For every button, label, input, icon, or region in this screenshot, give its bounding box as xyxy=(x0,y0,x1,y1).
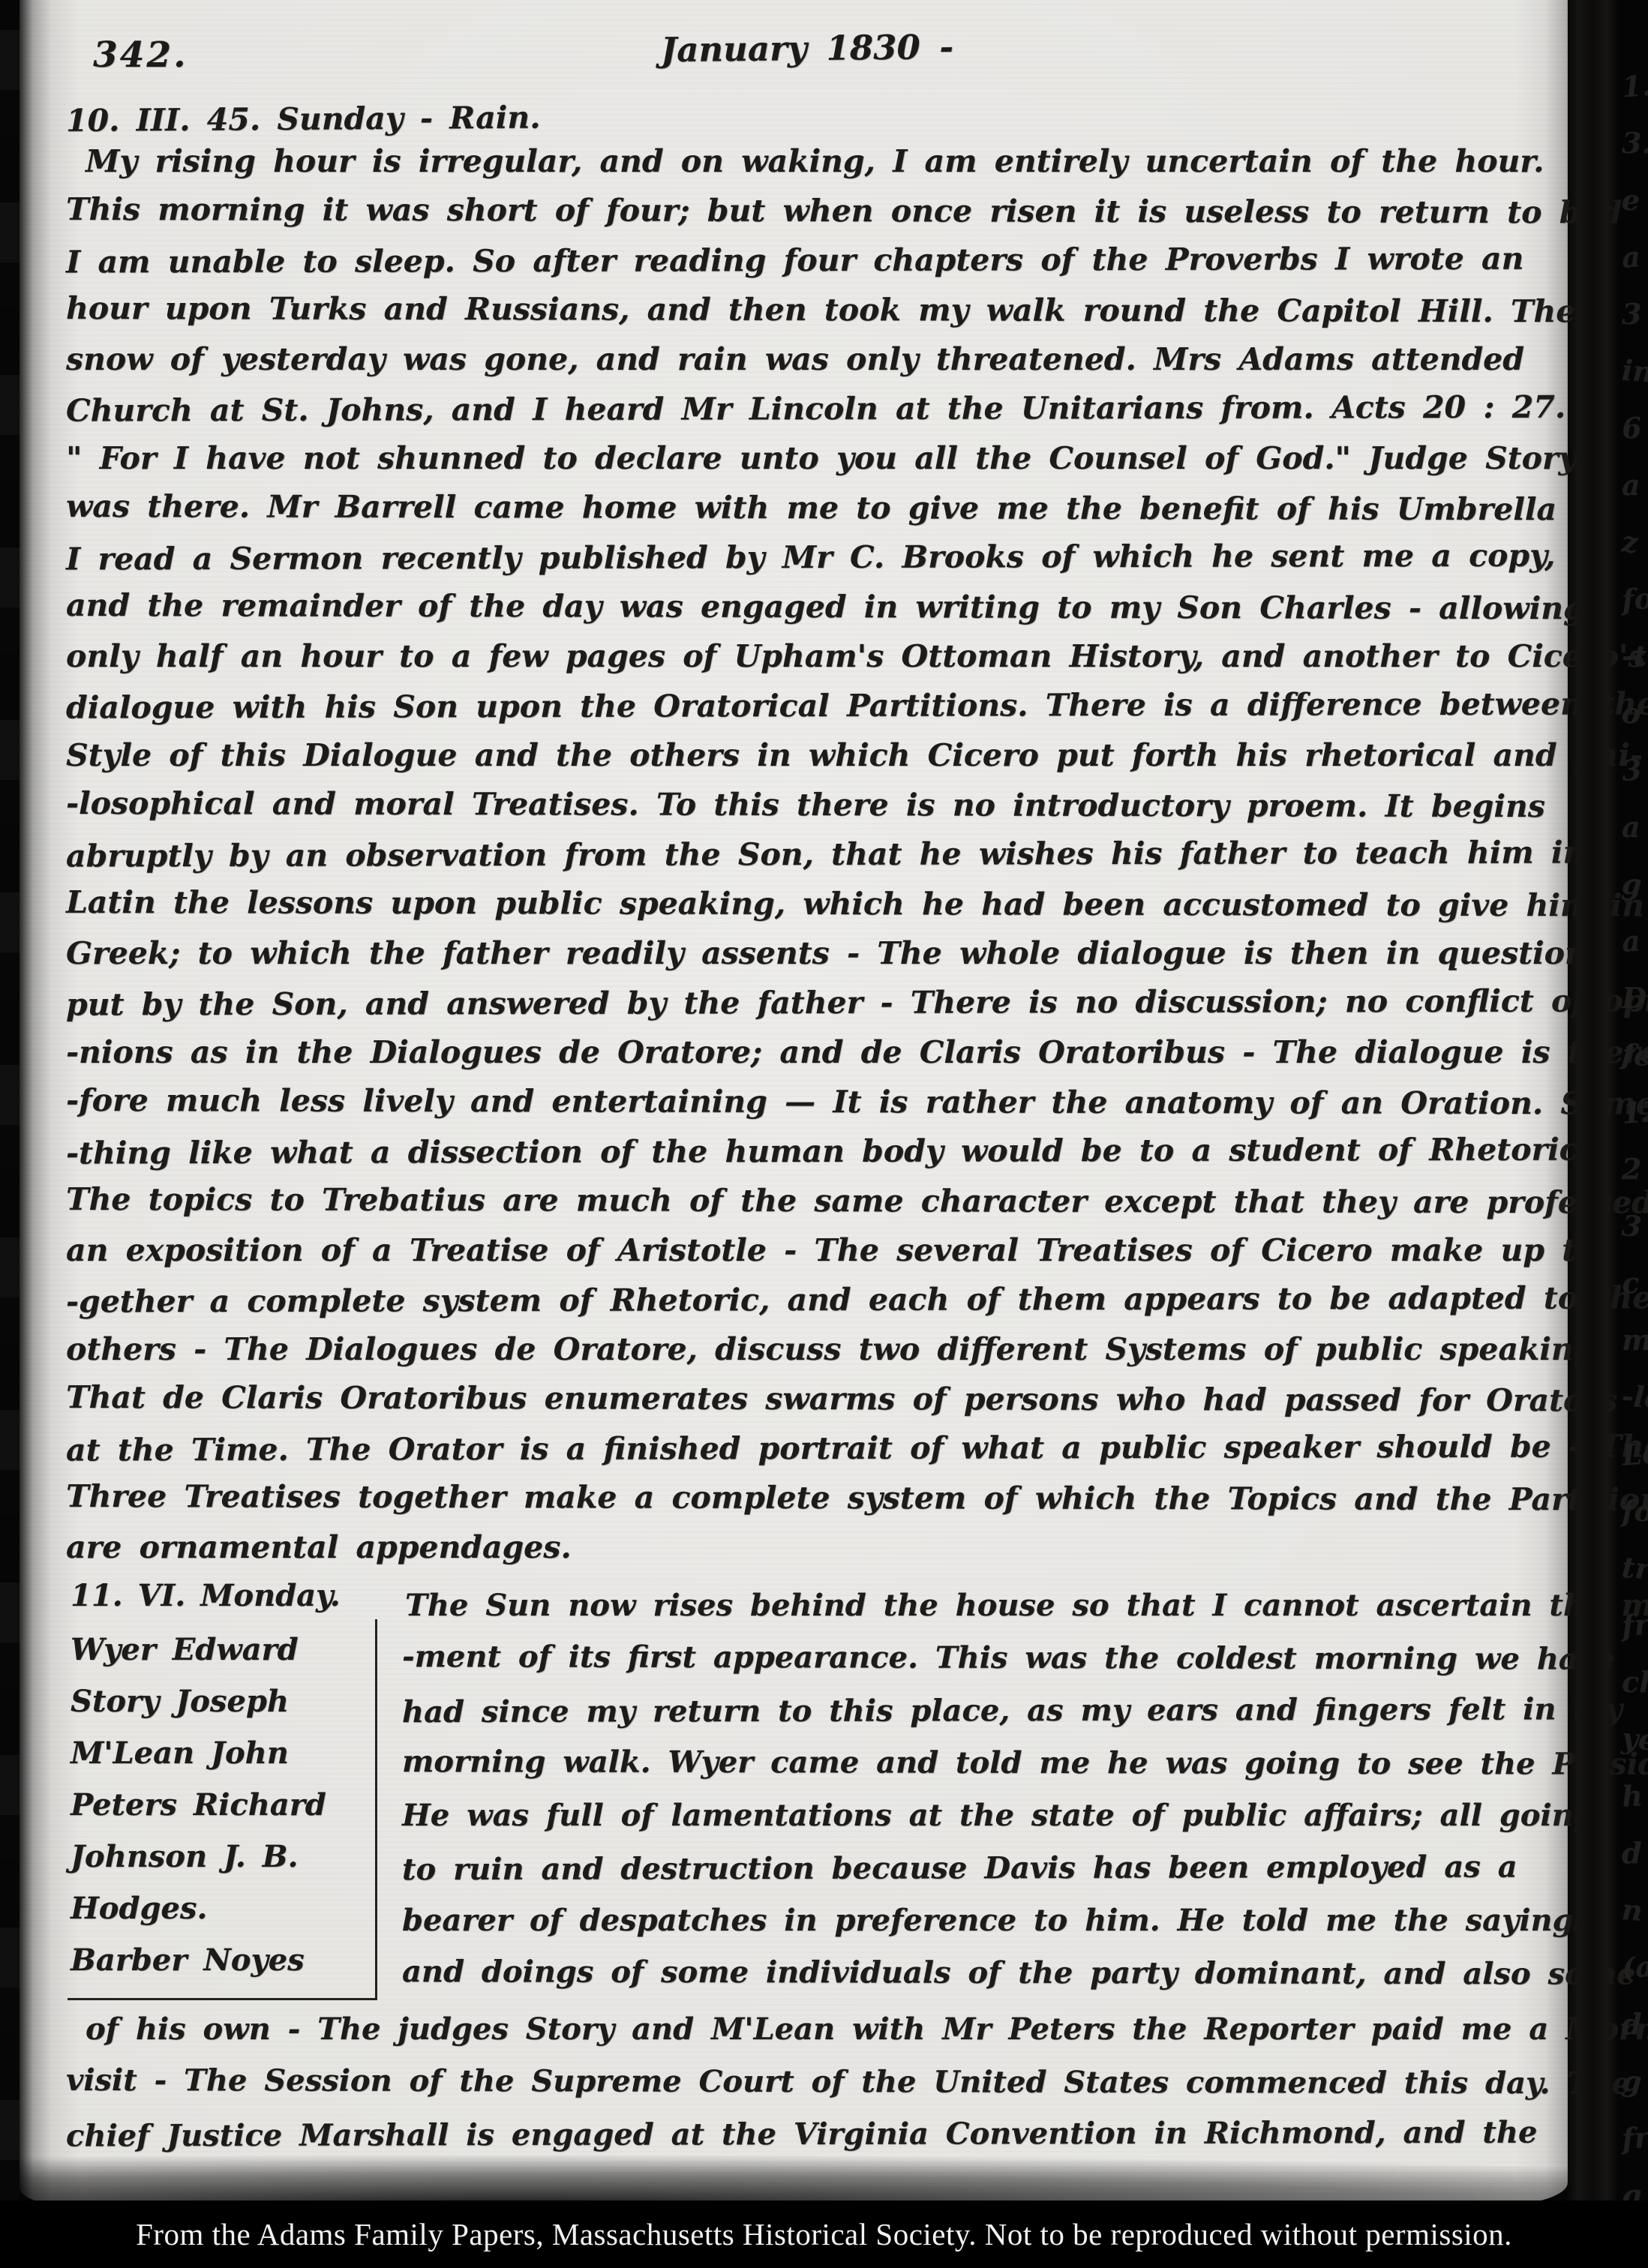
next-page-fragment: in xyxy=(1620,353,1648,389)
entry-date-heading-monday: 11. VI. Monday. xyxy=(71,1578,402,1613)
next-page-fragment: 3 xyxy=(1620,1208,1643,1243)
next-page-fragment: c xyxy=(1620,1265,1640,1300)
next-page-fragment: ye xyxy=(1620,1720,1648,1756)
next-page-fragment: z xyxy=(1620,524,1639,559)
page-number: 342. xyxy=(93,34,188,76)
manuscript-line: I am unable to sleep. So after reading f… xyxy=(66,234,1548,287)
next-page-fragment: fr xyxy=(1620,1607,1648,1642)
next-page-fragment: D xyxy=(1622,981,1646,1015)
next-page-fragment: 6 xyxy=(1620,410,1643,445)
visitor-name: Story Joseph xyxy=(71,1675,356,1727)
manuscript-line: Style of this Dialogue and the others in… xyxy=(66,730,1548,780)
next-page-fragment: 2 xyxy=(1622,1152,1641,1186)
visitor-name: Wyer Edward xyxy=(71,1624,356,1675)
next-page-edge: 1.3.ea3in6azfo-tio3agaDfe1223cm-leLofotr… xyxy=(1617,0,1648,2202)
next-page-fragment: 3. xyxy=(1622,126,1648,160)
manuscript-line: abruptly by an observation from the Son,… xyxy=(66,828,1548,881)
visitor-name: Johnson J. B. xyxy=(71,1831,356,1882)
manuscript-line: I read a Sermon recently published by Mr… xyxy=(66,531,1548,584)
manuscript-line: My rising hour is irregular, and on waki… xyxy=(66,136,1548,186)
manuscript-line: snow of yesterday was gone, and rain was… xyxy=(66,334,1548,384)
manuscript-line: are ornamental appendages. xyxy=(66,1522,1548,1572)
month-year-title: January 1830 - xyxy=(661,27,954,70)
manuscript-line: Three Treatises together make a complete… xyxy=(66,1471,1548,1524)
manuscript-line: The topics to Trebatius are much of the … xyxy=(66,1174,1548,1227)
scanned-diary-page: { "header": { "page_number": "342.", "ti… xyxy=(0,0,1648,2268)
visitor-names-box: Wyer EdwardStory JosephM'Lean JohnPeters… xyxy=(68,1619,377,2000)
manuscript-line: bearer of despatches in preference to hi… xyxy=(402,1894,1648,1947)
book-binding-edge xyxy=(0,0,20,2205)
manuscript-line: visit - The Session of the Supreme Court… xyxy=(66,2054,1548,2110)
manuscript-line: This morning it was short of four; but w… xyxy=(66,184,1548,237)
page-header: 342. January 1830 - xyxy=(66,21,1548,93)
next-page-fragment: -ti xyxy=(1622,639,1648,673)
book-gutter-shadow xyxy=(1566,0,1619,2205)
manuscript-line: hour upon Turks and Russians, and then t… xyxy=(66,283,1548,336)
next-page-fragment: (a xyxy=(1620,1949,1648,1985)
next-page-fragment: tr xyxy=(1620,1550,1648,1586)
manuscript-line: was there. Mr Barrell came home with me … xyxy=(66,481,1548,534)
manuscript-line: The Sun now rises behind the house so th… xyxy=(402,1579,1648,1632)
manuscript-line: and doings of some individuals of the pa… xyxy=(402,1945,1648,2001)
next-page-fragment: o xyxy=(1620,695,1641,730)
manuscript-line: -thing like what a dissection of the hum… xyxy=(66,1125,1548,1178)
next-page-fragment: g xyxy=(1620,2063,1643,2098)
next-page-fragment: 1. xyxy=(1620,68,1648,104)
next-page-fragment: fr xyxy=(1620,2120,1648,2155)
manuscript-line: " For I have not shunned to declare unto… xyxy=(66,433,1548,483)
entry-monday-margin: 11. VI. Monday. Wyer EdwardStory JosephM… xyxy=(66,1578,402,2000)
visitor-name: Peters Richard xyxy=(71,1779,356,1831)
manuscript-line: others - The Dialogues de Oratore, discu… xyxy=(66,1324,1548,1374)
manuscript-line: Church at St. Johns, and I heard Mr Linc… xyxy=(66,382,1548,436)
next-page-fragment: a xyxy=(1622,810,1640,844)
manuscript-line: only half an hour to a few pages of Upha… xyxy=(66,631,1548,681)
manuscript-line: -gether a complete system of Rhetoric, a… xyxy=(66,1273,1548,1327)
next-page-fragment: n xyxy=(1620,1892,1643,1927)
manuscript-line: -losophical and moral Treatises. To this… xyxy=(66,778,1548,831)
archive-caption-band: From the Adams Family Papers, Massachuse… xyxy=(0,2200,1648,2268)
next-page-fragment: a xyxy=(1620,923,1641,958)
next-page-fragment: d xyxy=(1622,1836,1642,1870)
next-page-fragment: -le xyxy=(1620,1378,1648,1415)
manuscript-page: 342. January 1830 - 10. III. 45. Sunday … xyxy=(20,0,1568,2205)
next-page-fragment: fo xyxy=(1622,1494,1648,1528)
manuscript-line: He was full of lamentations at the state… xyxy=(402,1789,1648,1842)
manuscript-line: morning walk. Wyer came and told me he w… xyxy=(402,1735,1648,1791)
visitor-name: M'Lean John xyxy=(71,1727,356,1779)
archive-caption: From the Adams Family Papers, Massachuse… xyxy=(136,2216,1512,2252)
entry-date-heading-sunday: 10. III. 45. Sunday - Rain. xyxy=(66,92,1548,139)
entry-monday: 11. VI. Monday. Wyer EdwardStory JosephM… xyxy=(66,1578,1548,2000)
next-page-fragment: e xyxy=(1620,182,1640,217)
manuscript-line: put by the Son, and answered by the fath… xyxy=(66,976,1548,1030)
next-page-fragment: fe xyxy=(1620,1037,1648,1073)
visitor-name: Hodges. xyxy=(71,1882,356,1934)
next-page-fragment: 3 xyxy=(1622,297,1641,331)
next-page-fragment: d xyxy=(1622,2007,1642,2041)
manuscript-line: an exposition of a Treatise of Aristotle… xyxy=(66,1225,1548,1275)
next-page-fragment: fo xyxy=(1620,581,1648,617)
manuscript-line: and the remainder of the day was engaged… xyxy=(66,580,1548,633)
manuscript-line: at the Time. The Orator is a finished po… xyxy=(66,1422,1548,1475)
manuscript-line: Greek; to which the father readily assen… xyxy=(66,928,1548,978)
entry-sunday-text: My rising hour is irregular, and on waki… xyxy=(66,136,1548,1572)
next-page-fragment: h xyxy=(1620,1778,1643,1813)
manuscript-line: dialogue with his Son upon the Oratorica… xyxy=(66,679,1548,733)
manuscript-line: That de Claris Oratoribus enumerates swa… xyxy=(66,1372,1548,1425)
manuscript-line: of his own - The judges Story and M'Lean… xyxy=(66,2003,1548,2056)
manuscript-line: -ment of its first appearance. This was … xyxy=(402,1630,1648,1686)
next-page-fragment: m xyxy=(1622,1323,1648,1357)
entry-monday-text: The Sun now rises behind the house so th… xyxy=(402,1578,1648,2000)
manuscript-line: to ruin and destruction because Davis ha… xyxy=(402,1840,1648,1896)
manuscript-line: had since my return to this place, as my… xyxy=(402,1683,1648,1738)
manuscript-line: chief Justice Marshall is engaged at the… xyxy=(66,2107,1548,2163)
visitor-name: Barber Noyes xyxy=(71,1934,356,1986)
next-page-fragment: a xyxy=(1620,239,1641,274)
entry-monday-bottom-text: of his own - The judges Story and M'Lean… xyxy=(66,2003,1548,2161)
next-page-fragment: Lo xyxy=(1620,1435,1648,1472)
next-page-fragment: 12 xyxy=(1620,1093,1648,1130)
manuscript-line: Latin the lessons upon public speaking, … xyxy=(66,877,1548,930)
manuscript-page-content: 342. January 1830 - 10. III. 45. Sunday … xyxy=(66,21,1548,2190)
next-page-fragment: 3 xyxy=(1620,752,1643,787)
next-page-fragment: g xyxy=(1622,2178,1642,2202)
manuscript-line: -nions as in the Dialogues de Oratore; a… xyxy=(66,1027,1548,1077)
next-page-fragment: a xyxy=(1622,468,1640,502)
next-page-fragment: g xyxy=(1620,866,1643,901)
manuscript-line: -fore much less lively and entertaining … xyxy=(66,1075,1548,1128)
next-page-fragment: ch xyxy=(1622,1665,1648,1699)
